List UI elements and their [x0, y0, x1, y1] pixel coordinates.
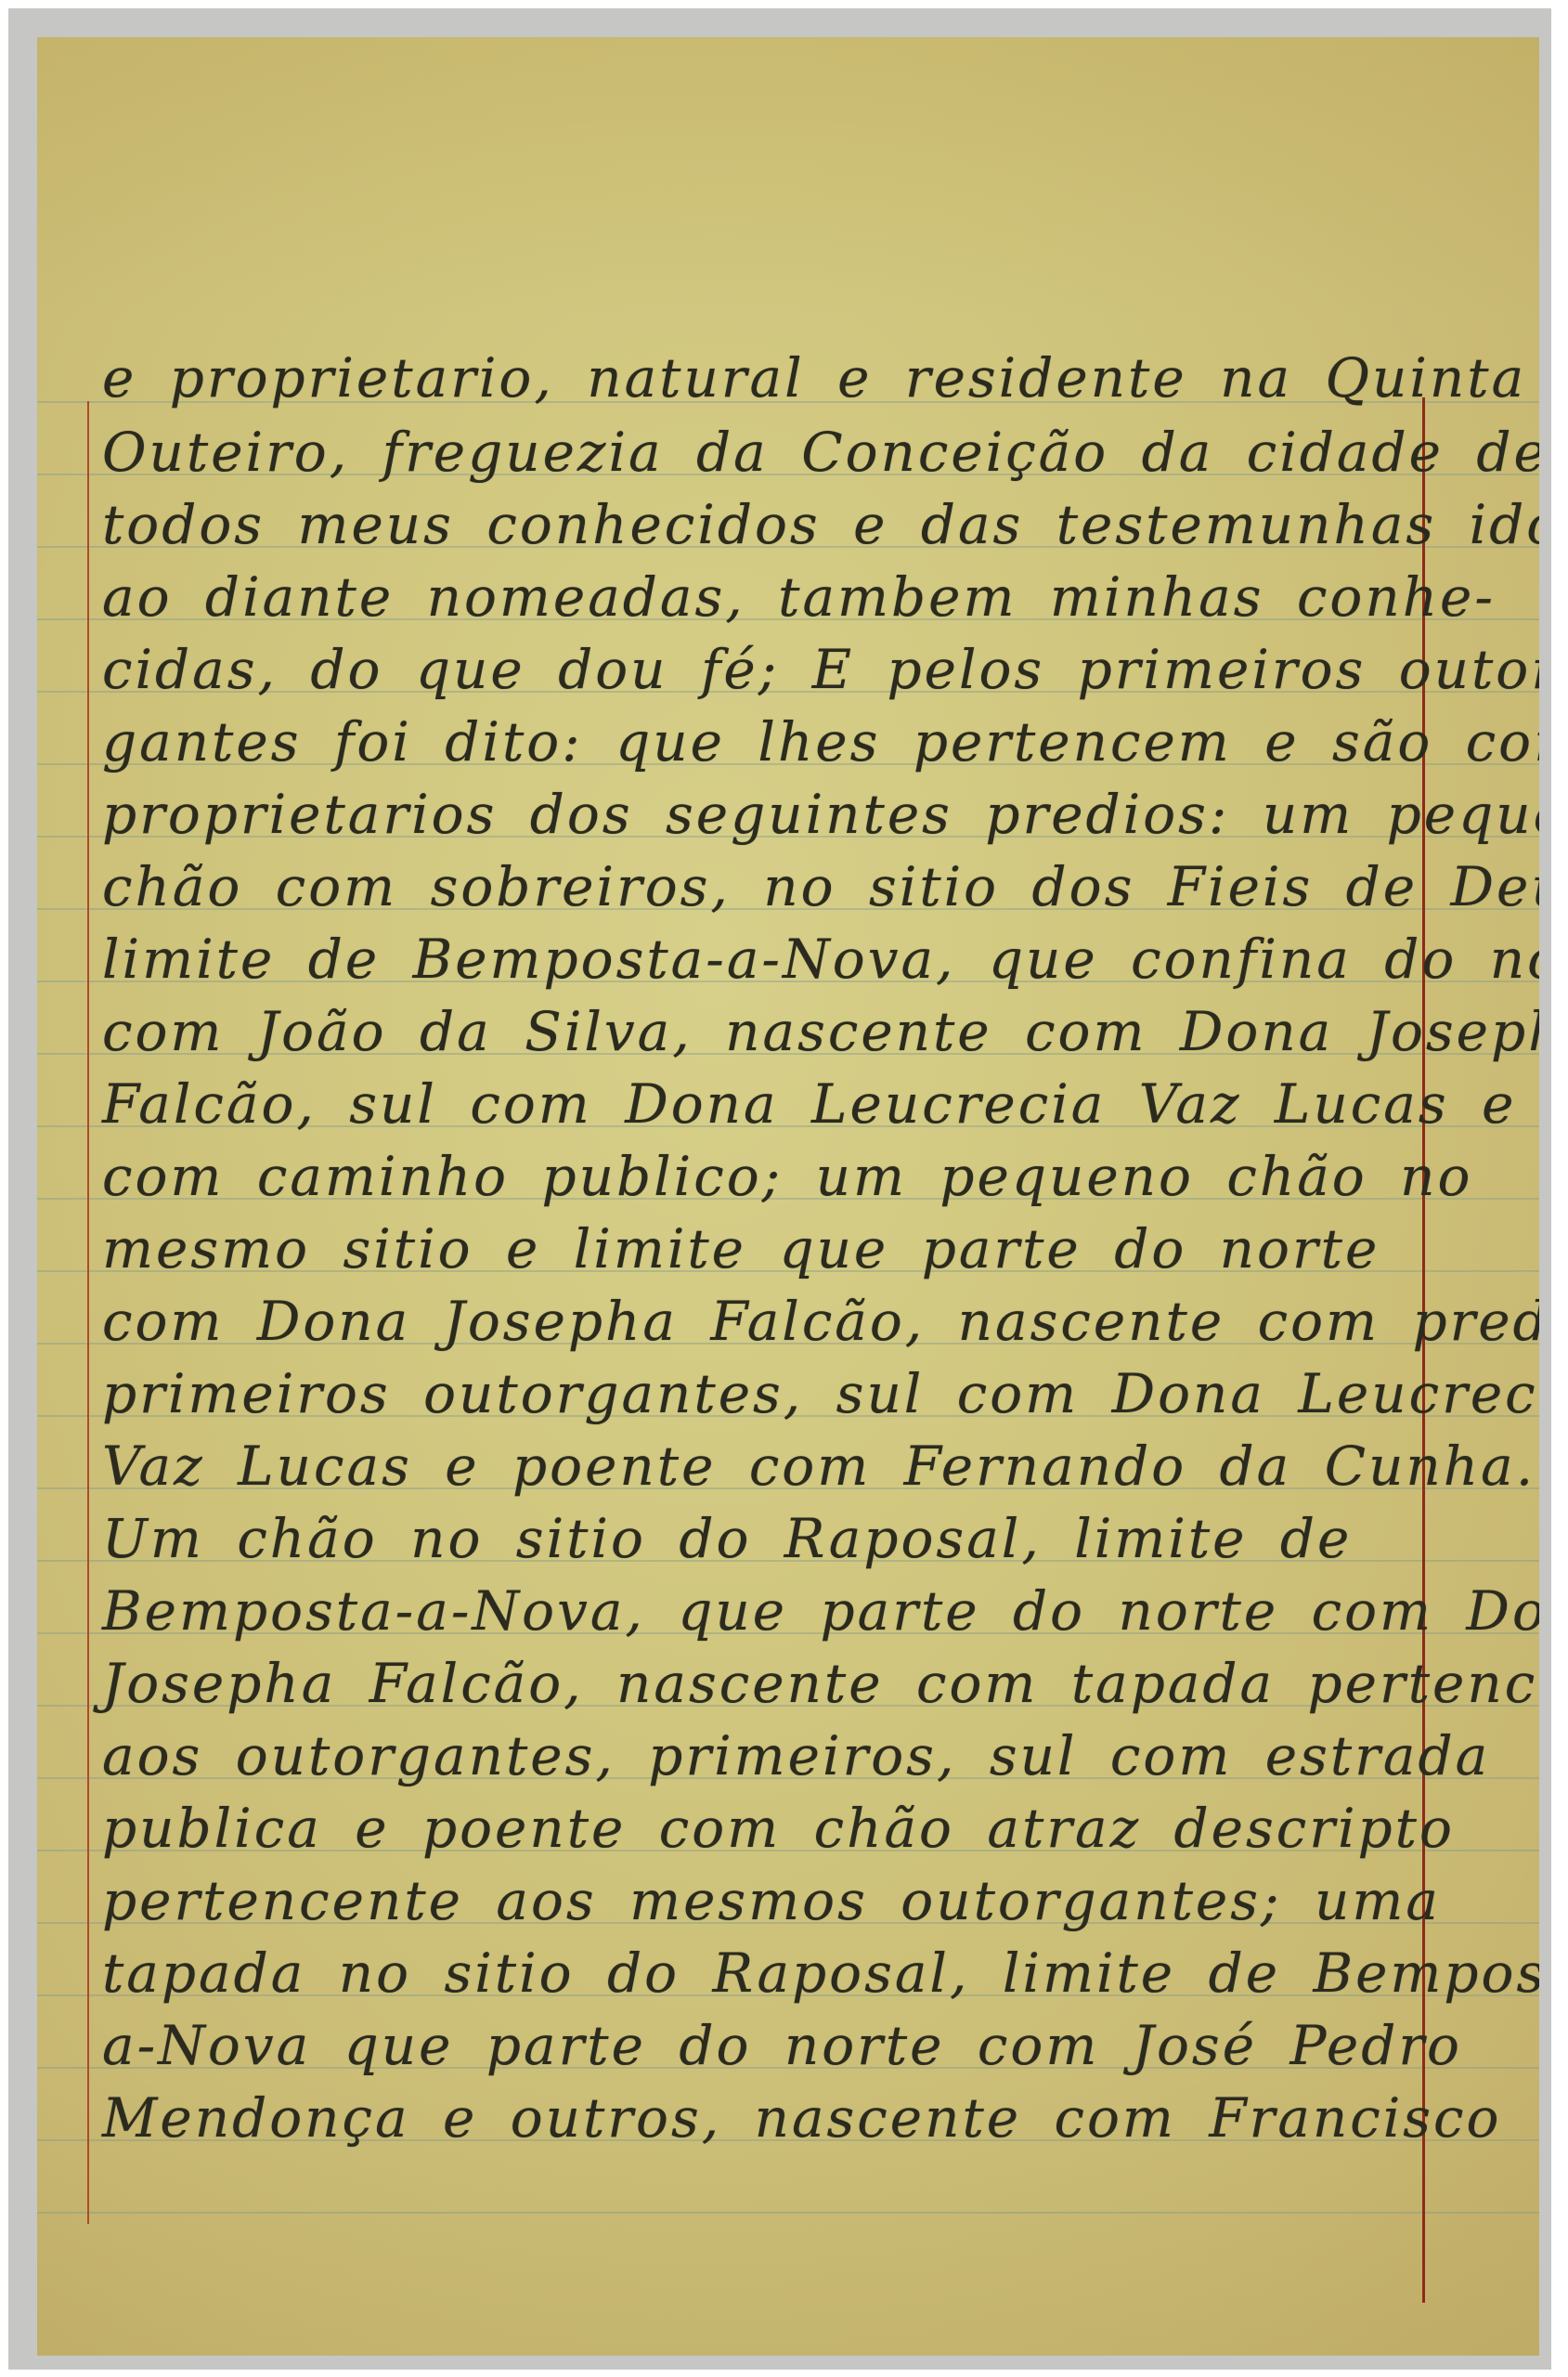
- text-line: tapada no sitio do Raposal, limite de Be…: [102, 1941, 1430, 2006]
- text-line: ao diante nomeadas, tambem minhas conhe-: [102, 565, 1430, 630]
- text-line: cidas, do que dou fé; E pelos primeiros …: [102, 637, 1430, 702]
- text-line: aos outorgantes, primeiros, sul com estr…: [102, 1723, 1430, 1788]
- text-line: Mendonça e outros, nascente com Francisc…: [102, 2085, 1430, 2150]
- text-line: Outeiro, freguezia da Conceição da cidad…: [102, 420, 1430, 485]
- text-line: com caminho publico; um pequeno chão no: [102, 1144, 1430, 1209]
- text-line: Um chão no sitio do Raposal, limite de: [102, 1506, 1430, 1571]
- text-line: publica e poente com chão atraz descript…: [102, 1796, 1430, 1861]
- text-line: com João da Silva, nascente com Dona Jos…: [102, 999, 1430, 1064]
- left-margin-line: [87, 401, 89, 2224]
- text-line: Bemposta-a-Nova, que parte do norte com …: [102, 1578, 1430, 1643]
- text-line: Josepha Falcão, nascente com tapada pert…: [102, 1651, 1430, 1716]
- text-line: gantes foi dito: que lhes pertencem e sã…: [102, 709, 1430, 774]
- text-line: todos meus conhecidos e das testemunhas …: [102, 492, 1430, 557]
- text-line: Vaz Lucas e poente com Fernando da Cunha…: [102, 1434, 1430, 1499]
- scan-frame: e proprietario, natural e residente na Q…: [8, 8, 1551, 2370]
- text-line: proprietarios dos seguintes predios: um …: [102, 782, 1430, 847]
- text-line: pertencente aos mesmos outorgantes; uma: [102, 1868, 1430, 1933]
- text-line: limite de Bemposta-a-Nova, que confina d…: [102, 927, 1430, 992]
- text-line: com Dona Josepha Falcão, nascente com pr…: [102, 1289, 1430, 1354]
- text-line: Falcão, sul com Dona Leucrecia Vaz Lucas…: [102, 1072, 1430, 1137]
- manuscript-page: e proprietario, natural e residente na Q…: [37, 37, 1539, 2356]
- ruled-line: [37, 2212, 1539, 2214]
- text-line: mesmo sitio e limite que parte do norte: [102, 1216, 1430, 1281]
- text-line: e proprietario, natural e residente na Q…: [102, 345, 1430, 410]
- text-line: primeiros outorgantes, sul com Dona Leuc…: [102, 1361, 1430, 1426]
- text-line: a-Nova que parte do norte com José Pedro: [102, 2013, 1430, 2078]
- text-line: chão com sobreiros, no sitio dos Fieis d…: [102, 854, 1430, 919]
